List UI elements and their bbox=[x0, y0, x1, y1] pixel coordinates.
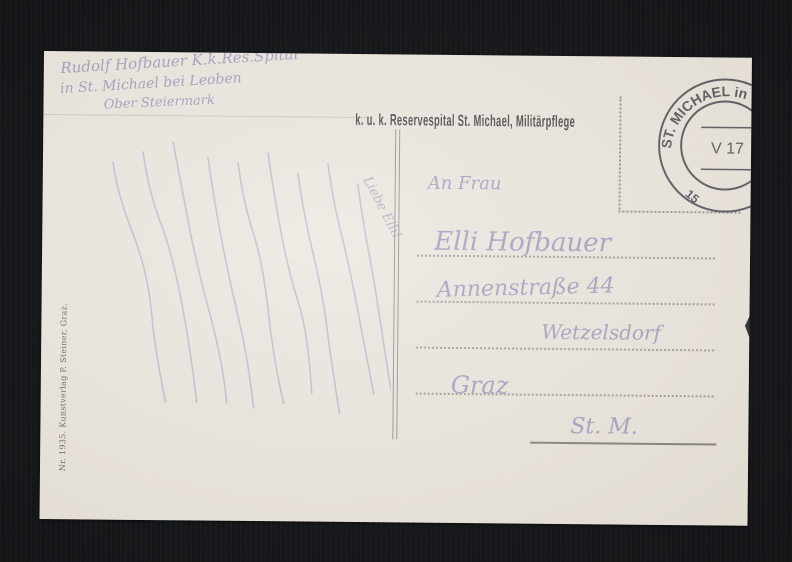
sender-line-3: Ober Steiermark bbox=[104, 93, 216, 113]
address-final-line bbox=[530, 442, 716, 446]
recipient-street: Annenstraße 44 bbox=[436, 273, 614, 302]
recipient-region: St. M. bbox=[570, 414, 638, 440]
message-handwriting bbox=[99, 122, 393, 525]
center-divider bbox=[392, 129, 400, 439]
recipient-salutation: An Frau bbox=[428, 173, 502, 195]
postmark-cancel: ST. MICHAEL in OBER V 17 15 bbox=[650, 71, 752, 220]
address-line-3 bbox=[416, 347, 714, 352]
recipient-district: Wetzelsdorf bbox=[541, 320, 661, 345]
postcard: Rudolf Hofbauer K.k.Res.Spital in St. Mi… bbox=[40, 51, 752, 526]
postmark-bottom-text: 15 bbox=[683, 187, 702, 207]
postmark-date: V 17 bbox=[711, 140, 744, 157]
recipient-city: Graz bbox=[451, 371, 509, 400]
header-rule bbox=[43, 114, 373, 118]
recipient-name: Elli Hofbauer bbox=[434, 227, 611, 259]
publisher-imprint: Nr. 1935. Kunstverlag P. Steiner, Graz. bbox=[58, 303, 69, 471]
